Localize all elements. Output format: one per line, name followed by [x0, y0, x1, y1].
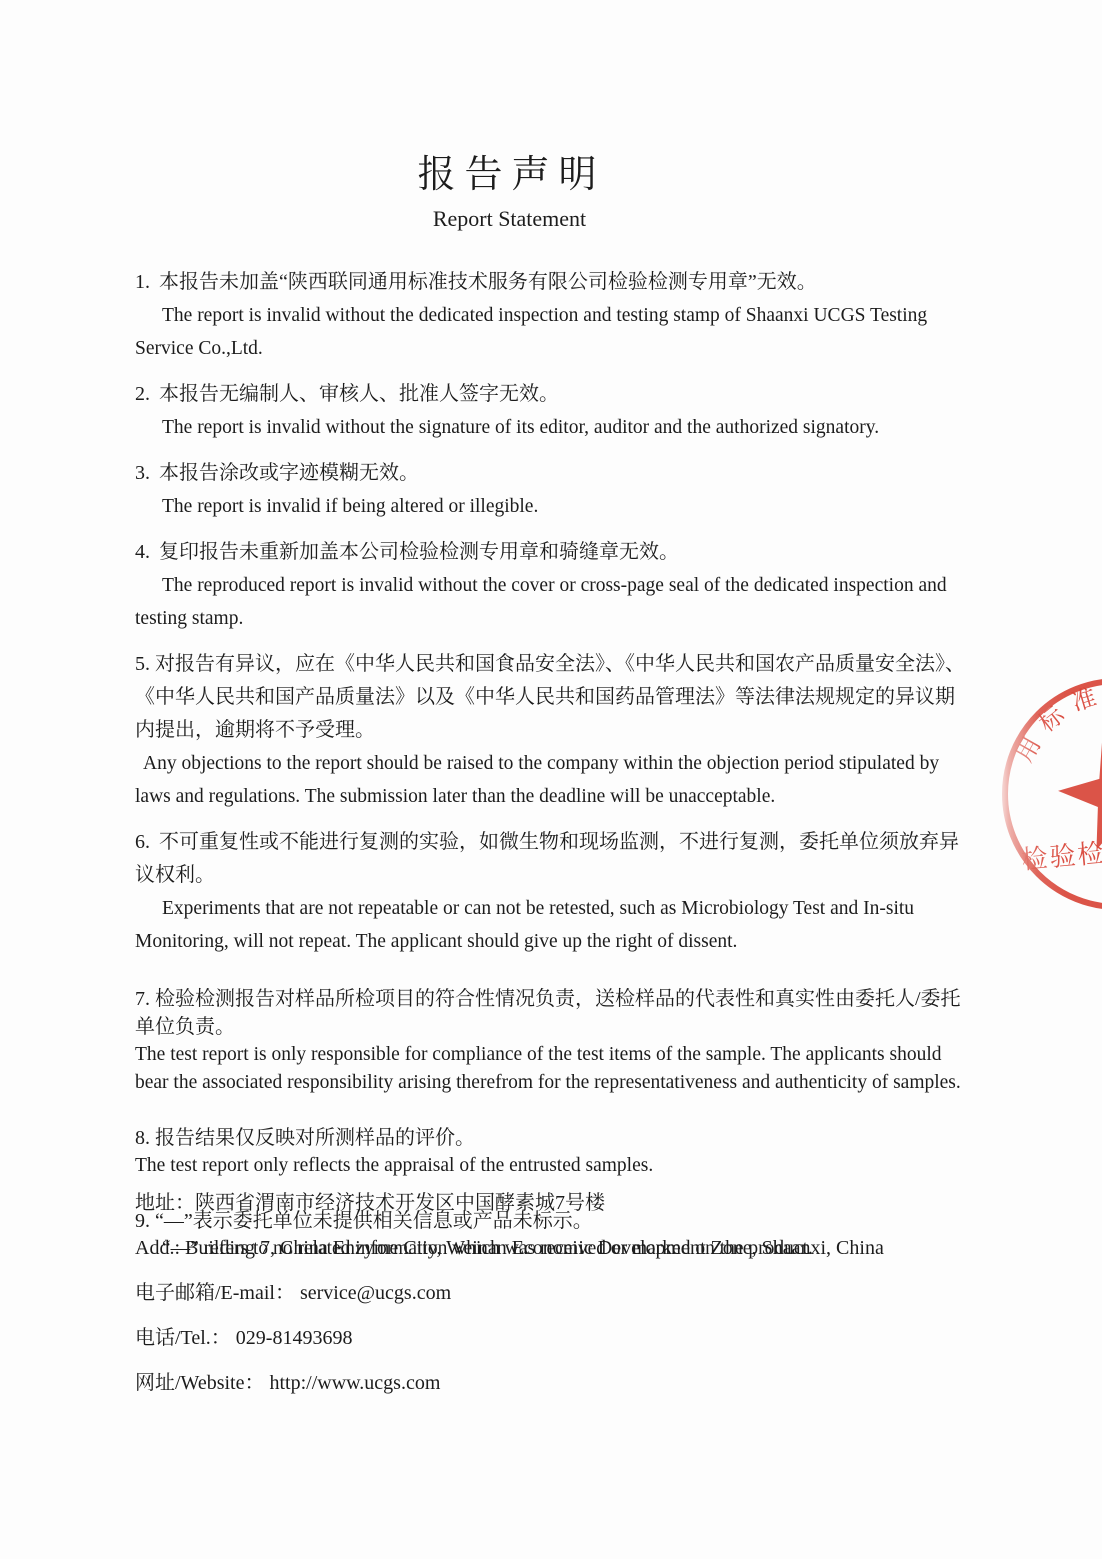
- statement-zh-text: 复印报告未重新加盖本公司检验检测专用章和骑缝章无效。: [159, 541, 679, 563]
- statement-en: Experiments that are not repeatable or c…: [135, 892, 968, 958]
- statement-item-8: 8.报告结果仅反映对所测样品的评价。 The test report only …: [135, 1124, 968, 1180]
- statement-zh-text: 对报告有异议，应在《中华人民共和国食品安全法》、《中华人民共和国农产品质量安全法…: [135, 653, 965, 741]
- statement-en: Any objections to the report should be r…: [135, 747, 968, 813]
- statement-zh: 3.本报告涂改或字迹模糊无效。: [135, 457, 968, 490]
- seal-star-icon: [1047, 721, 1102, 855]
- company-seal-stamp: 用标准 检验检: [995, 672, 1102, 917]
- statement-item-5: 5.对报告有异议，应在《中华人民共和国食品安全法》、《中华人民共和国农产品质量安…: [135, 648, 968, 813]
- seal-bottom-text: 检验检: [1020, 839, 1102, 875]
- statement-zh: 4.复印报告未重新加盖本公司检验检测专用章和骑缝章无效。: [135, 536, 968, 569]
- seal-ring-text: 用标准: [1012, 681, 1102, 767]
- statement-item-6: 6.不可重复性或不能进行复测的实验，如微生物和现场监测，不进行复测，委托单位须放…: [135, 826, 968, 958]
- page-title-en: Report Statement: [93, 206, 926, 232]
- statement-number: 6.: [135, 831, 150, 853]
- contact-footer: 地址：陕西省渭南市经济技术开发区中国酵素城7号楼 Add.: Building …: [135, 1192, 968, 1417]
- statement-en: The reproduced report is invalid without…: [135, 569, 968, 635]
- statement-zh-text: 检验检测报告对样品所检项目的符合性情况负责，送检样品的代表性和真实性由委托人/委…: [135, 988, 961, 1038]
- address-en: Add.: Building 7, China Enzyme City, Wei…: [135, 1237, 968, 1259]
- statement-en: The report is invalid without the signat…: [135, 411, 968, 444]
- statement-item-4: 4.复印报告未重新加盖本公司检验检测专用章和骑缝章无效。 The reprodu…: [135, 536, 968, 635]
- statement-zh-text: 本报告涂改或字迹模糊无效。: [159, 462, 419, 484]
- statement-en: The report is invalid without the dedica…: [135, 299, 968, 365]
- statement-zh: 5.对报告有异议，应在《中华人民共和国食品安全法》、《中华人民共和国农产品质量安…: [135, 648, 968, 747]
- statement-number: 1.: [135, 271, 150, 293]
- address-zh: 地址：陕西省渭南市经济技术开发区中国酵素城7号楼: [135, 1192, 968, 1214]
- statement-en: The test report is only responsible for …: [135, 1041, 968, 1097]
- statement-number: 7.: [135, 988, 150, 1010]
- report-statement-page: 报告声明 Report Statement 1.本报告未加盖“陕西联同通用标准技…: [0, 0, 1102, 1559]
- statement-en: The test report only reflects the apprai…: [135, 1152, 968, 1180]
- statement-number: 5.: [135, 653, 150, 675]
- statement-number: 2.: [135, 383, 150, 405]
- statement-item-1: 1.本报告未加盖“陕西联同通用标准技术服务有限公司检验检测专用章”无效。 The…: [135, 266, 968, 365]
- statement-zh-text: 不可重复性或不能进行复测的实验，如微生物和现场监测，不进行复测，委托单位须放弃异…: [135, 831, 959, 886]
- statement-zh: 2.本报告无编制人、审核人、批准人签字无效。: [135, 378, 968, 411]
- page-title-zh: 报告声明: [95, 143, 928, 198]
- statement-zh: 1.本报告未加盖“陕西联同通用标准技术服务有限公司检验检测专用章”无效。: [135, 266, 968, 299]
- statement-zh: 8.报告结果仅反映对所测样品的评价。: [135, 1124, 968, 1152]
- statement-number: 3.: [135, 462, 150, 484]
- statement-zh-text: 本报告无编制人、审核人、批准人签字无效。: [159, 383, 559, 405]
- statement-zh-text: 报告结果仅反映对所测样品的评价。: [155, 1127, 475, 1149]
- website-line: 网址/Website： http://www.ucgs.com: [135, 1372, 968, 1394]
- statement-item-2: 2.本报告无编制人、审核人、批准人签字无效。 The report is inv…: [135, 378, 968, 444]
- statement-zh: 7.检验检测报告对样品所检项目的符合性情况负责，送检样品的代表性和真实性由委托人…: [135, 985, 968, 1041]
- statement-zh: 6.不可重复性或不能进行复测的实验，如微生物和现场监测，不进行复测，委托单位须放…: [135, 826, 968, 892]
- statement-content: 报告声明 Report Statement 1.本报告未加盖“陕西联同通用标准技…: [135, 143, 968, 1276]
- statement-item-3: 3.本报告涂改或字迹模糊无效。 The report is invalid if…: [135, 457, 968, 523]
- statement-number: 4.: [135, 541, 150, 563]
- tel-line: 电话/Tel.： 029-81493698: [135, 1327, 968, 1349]
- statement-number: 8.: [135, 1127, 150, 1149]
- email-line: 电子邮箱/E-mail： service@ucgs.com: [135, 1282, 968, 1304]
- statement-en: The report is invalid if being altered o…: [135, 490, 968, 523]
- statement-zh-text: 本报告未加盖“陕西联同通用标准技术服务有限公司检验检测专用章”无效。: [159, 271, 817, 293]
- statement-item-7: 7.检验检测报告对样品所检项目的符合性情况负责，送检样品的代表性和真实性由委托人…: [135, 985, 968, 1097]
